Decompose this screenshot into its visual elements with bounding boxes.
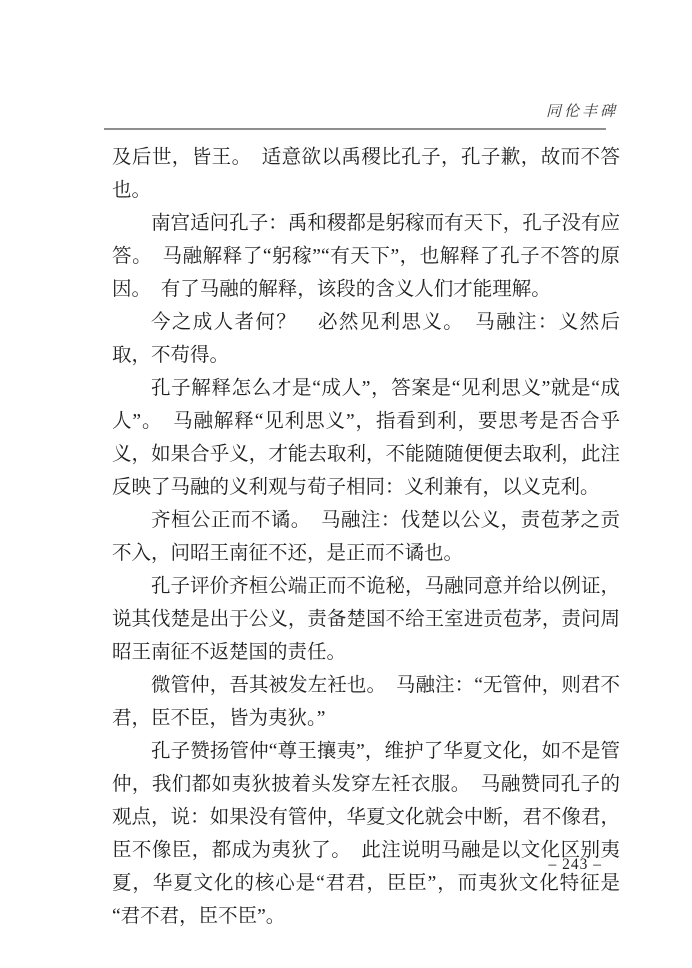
paragraph: 孔子赞扬管仲“尊王攘夷”，维护了华夏文化，如不是管仲，我们都如夷狄披着头发穿左衽… <box>112 735 620 933</box>
paragraph: 今之成人者何？ 必然见利思义。 马融注：义然后取，不苟得。 <box>112 306 620 372</box>
header-rule <box>104 128 606 130</box>
paragraph: 齐桓公正而不谲。 马融注：伐楚以公义，责苞茅之贡不入，问昭王南征不还，是正而不谲… <box>112 504 620 570</box>
page-number: – 243 – <box>112 856 602 874</box>
paragraph: 南宫适问孔子：禹和稷都是躬稼而有天下，孔子没有应答。 马融解释了“躬稼”“有天下… <box>112 207 620 306</box>
book-page: 同伦丰碑 及后世，皆王。 适意欲以禹稷比孔子，孔子歉，故而不答也。 南宫适问孔子… <box>0 0 692 968</box>
paragraph: 微管仲，吾其被发左衽也。 马融注：“无管仲，则君不君，臣不臣，皆为夷狄。” <box>112 669 620 735</box>
body-text: 及后世，皆王。 适意欲以禹稷比孔子，孔子歉，故而不答也。 南宫适问孔子：禹和稷都… <box>112 141 620 933</box>
running-header: 同伦丰碑 <box>112 100 618 121</box>
paragraph: 孔子解释怎么才是“成人”，答案是“见利思义”就是“成人”。 马融解释“见利思义”… <box>112 372 620 504</box>
paragraph: 孔子评价齐桓公端正而不诡秘，马融同意并给以例证，说其伐楚是出于公义，责备楚国不给… <box>112 570 620 669</box>
paragraph: 及后世，皆王。 适意欲以禹稷比孔子，孔子歉，故而不答也。 <box>112 141 620 207</box>
